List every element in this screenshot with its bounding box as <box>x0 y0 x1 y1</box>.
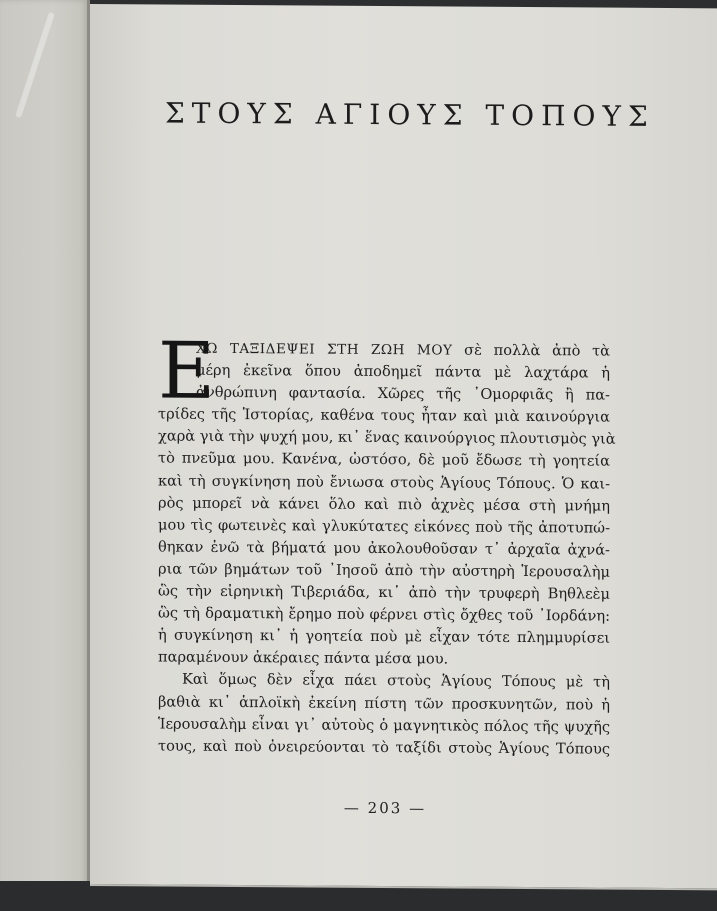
text-fragment: σὲ πολλὰ ἀπὸ τὰ <box>464 342 610 360</box>
text-line: τὸ πνεῦμα μου. Κανένα, ὡστόσο, δὲ μοῦ ἔδ… <box>158 448 610 473</box>
text-line: καὶ τὴ συγκίνηση ποὺ ἔνιωσα στοὺς Ἁγίους… <box>158 470 610 495</box>
text-line: ἀνθρώπινη φαντασία. Χῶρες τῆς ᾿Ομορφιᾶς … <box>158 382 610 407</box>
left-page-blank <box>0 0 88 911</box>
text-line: χαρὰ γιὰ τὴν ψυχή μου, κι᾿ ἕνας καινούργ… <box>158 426 610 451</box>
text-line: παραμένουν ἀκέραιες πάντα μέσα μου. <box>158 647 610 672</box>
text-line: ρὸς μπορεῖ νὰ κάνει ὅλο καὶ πιὸ ἀχνὲς μέ… <box>158 492 610 517</box>
text-line: ὣς τὴ δραματικὴ ἔρημο ποὺ φέρνει στὶς ὄχ… <box>158 603 610 628</box>
text-line: Ἱερουσαλὴμ εἶναι γι᾿ αὐτοὺς ὁ μαγνητικὸς… <box>158 713 610 738</box>
text-line: ρια τῶν βημάτων τοῦ ᾿Ιησοῦ ἀπὸ τὴν αὐστη… <box>158 558 610 583</box>
second-paragraph: Καὶ ὅμως δὲν εἶχα πάει στοὺς Ἁγίους Τόπο… <box>158 669 610 761</box>
text-line: Καὶ ὅμως δὲν εἶχα πάει στοὺς Ἁγίους Τόπο… <box>158 669 610 694</box>
text-line: ἡ συγκίνηση κι᾿ ἡ γοητεία ποὺ μὲ εἶχαν τ… <box>158 625 610 650</box>
drop-cap: Ε <box>158 339 215 403</box>
chapter-title: ΣΤΟΥΣ ΑΓΙΟΥΣ ΤΟΠΟΥΣ <box>165 97 615 133</box>
body-text: Ε ΧΩ ΤΑΞΙΔΕΨΕΙ ΣΤΗ ΖΩΗ ΜΟΥ σὲ πολλὰ ἀπὸ … <box>158 337 610 760</box>
page-number: — 203 — <box>330 799 440 818</box>
right-page: ΣΤΟΥΣ ΑΓΙΟΥΣ ΤΟΠΟΥΣ Ε ΧΩ ΤΑΞΙΔΕΨΕΙ ΣΤΗ Ζ… <box>90 4 717 890</box>
text-line: μου τὶς φωτεινὲς καὶ γλυκύτατες εἰκόνες … <box>158 514 610 539</box>
text-line: θηκαν ἐνῶ τὰ βήματά μου ἀκολουθοῦσαν τ᾿ … <box>158 536 610 561</box>
text-line: μέρη ἐκεῖνα ὅπου ἀποδημεῖ πάντα μὲ λαχτά… <box>158 360 610 385</box>
text-line: τους, καὶ ποὺ ὀνειρεύονται τὸ ταξίδι στο… <box>158 735 610 760</box>
text-line: βαθιὰ κι᾿ ἁπλοϊκὴ ἐκείνη πίστη τῶν προσκ… <box>158 691 610 716</box>
text-line: ὣς τὴν εἰρηνικὴ Τιβεριάδα, κι᾿ ἀπὸ τὴν τ… <box>158 581 610 606</box>
first-paragraph: Ε ΧΩ ΤΑΞΙΔΕΨΕΙ ΣΤΗ ΖΩΗ ΜΟΥ σὲ πολλὰ ἀπὸ … <box>158 337 610 672</box>
text-line: τρίδες τῆς Ἱστορίας, καθένα τους ἦταν κα… <box>158 404 610 429</box>
light-glare <box>15 12 55 118</box>
opening-small-caps: ΧΩ ΤΑΞΙΔΕΨΕΙ ΣΤΗ ΖΩΗ ΜΟΥ <box>196 341 452 359</box>
text-line: ΧΩ ΤΑΞΙΔΕΨΕΙ ΣΤΗ ΖΩΗ ΜΟΥ σὲ πολλὰ ἀπὸ τὰ <box>158 337 610 362</box>
